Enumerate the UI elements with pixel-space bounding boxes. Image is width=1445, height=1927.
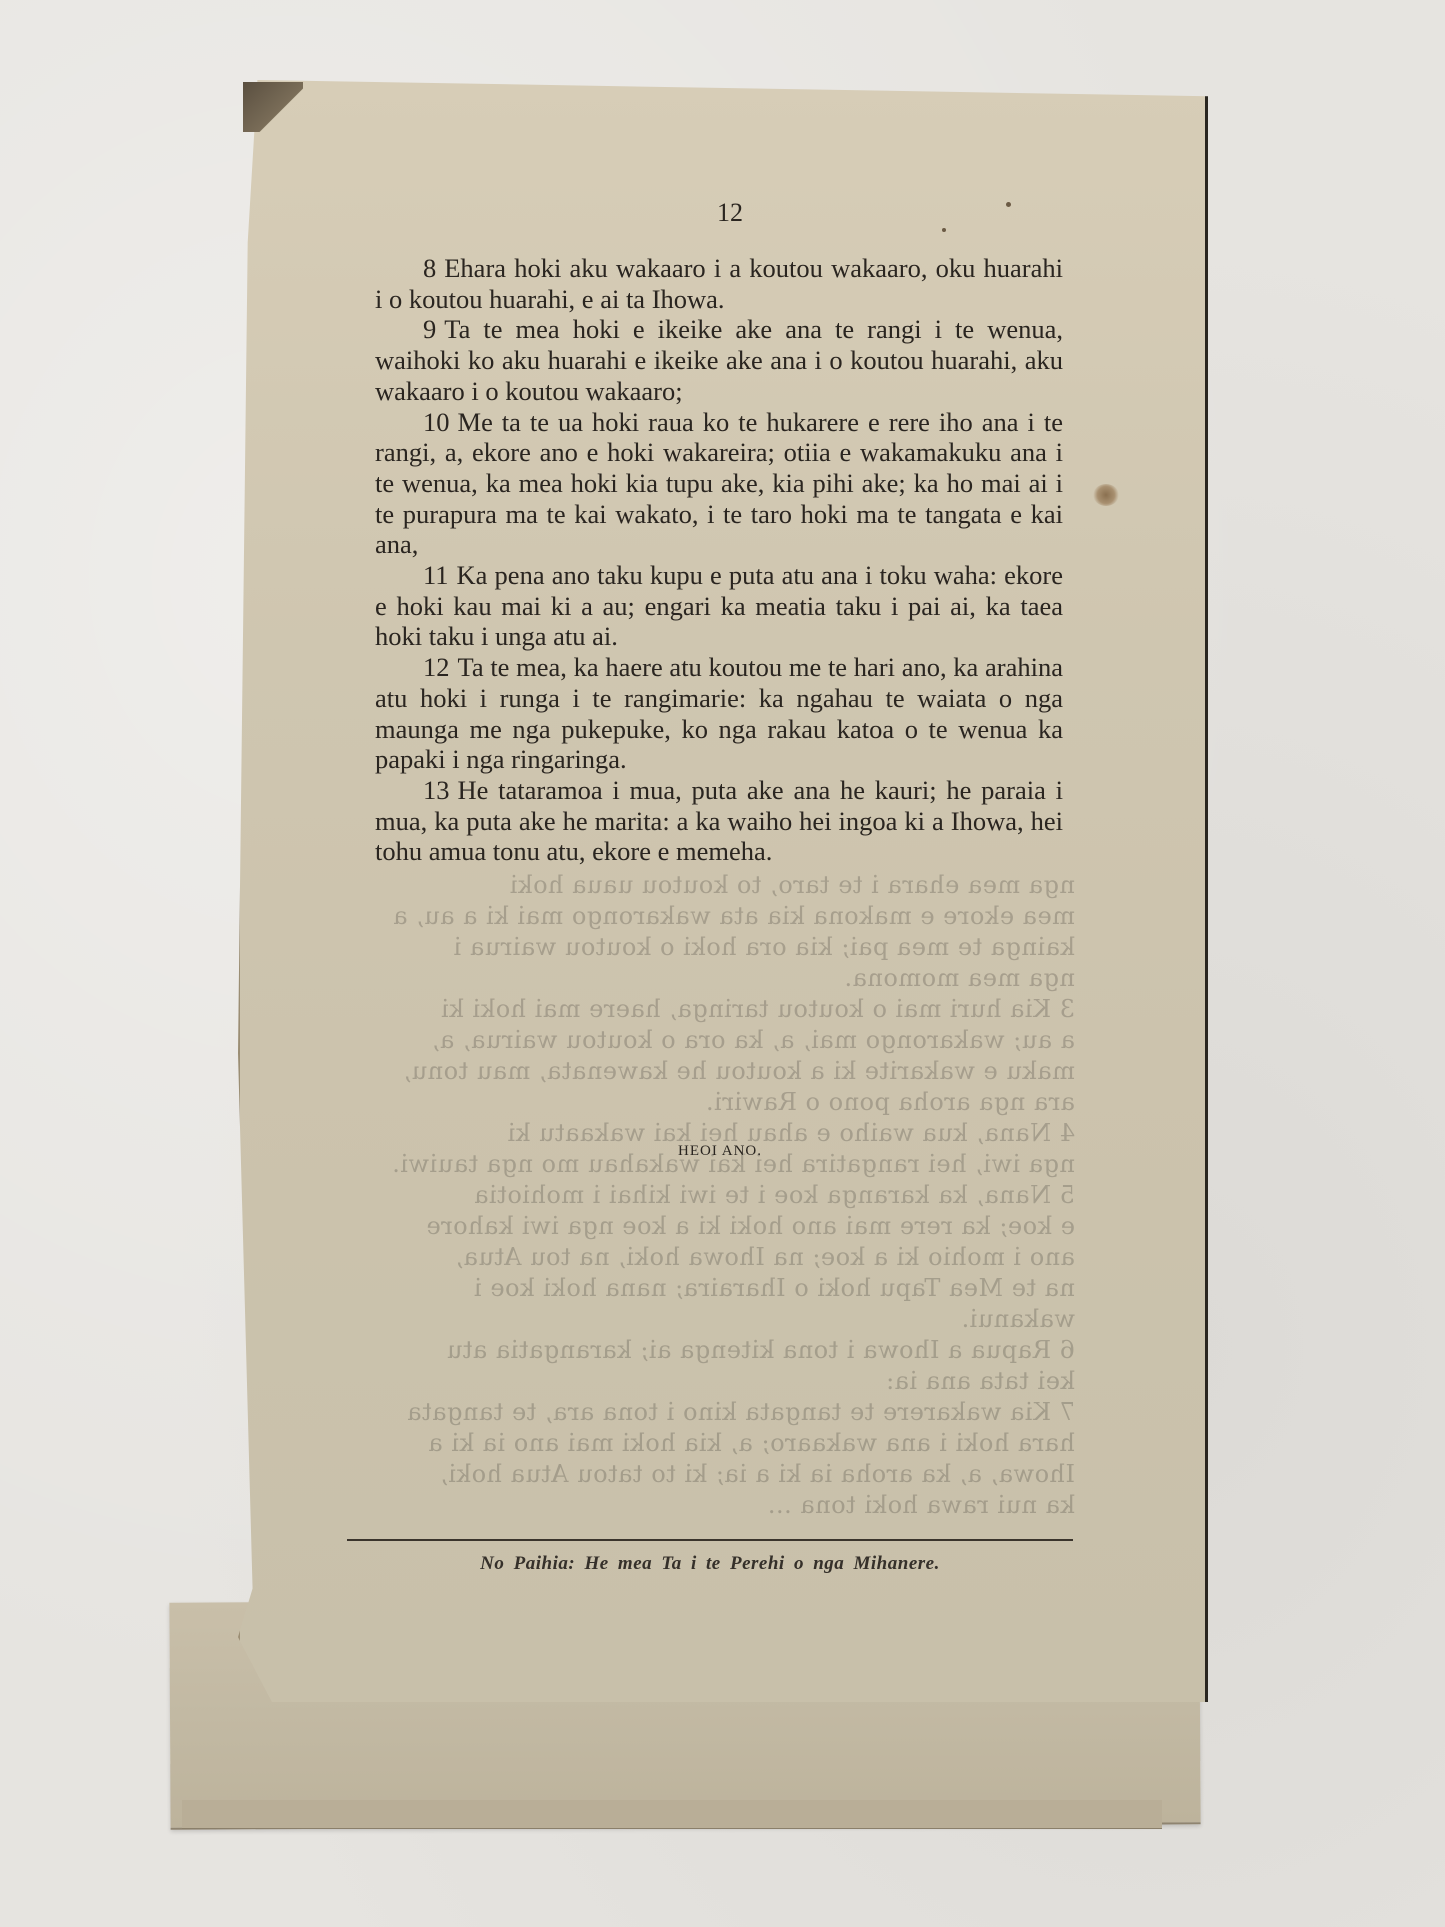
verse-number: 9 — [423, 314, 436, 344]
verse-body: 8Ehara hoki aku wakaaro i a koutou wakaa… — [375, 253, 1063, 867]
verse-12: 12Ta te mea, ka haere atu koutou me te h… — [375, 652, 1063, 775]
verse-number: 11 — [423, 560, 449, 590]
paper-speck — [1006, 202, 1011, 207]
page-number: 12 — [700, 198, 760, 228]
verse-text: He tataramoa i mua, puta ake ana he kaur… — [375, 775, 1063, 866]
verse-number: 10 — [423, 407, 450, 437]
closing-heading: HEOI ANO. — [375, 1143, 1065, 1160]
printer-imprint: No Paihia: He mea Ta i te Perehi o nga M… — [347, 1553, 1073, 1575]
verse-text: Ehara hoki aku wakaaro i a koutou wakaar… — [375, 253, 1063, 314]
verse-text: Ta te mea, ka haere atu koutou me te har… — [375, 652, 1063, 774]
verse-text: Ka pena ano taku kupu e puta atu ana i t… — [375, 560, 1063, 651]
verse-8: 8Ehara hoki aku wakaaro i a koutou wakaa… — [375, 253, 1063, 314]
imprint-rule — [347, 1539, 1073, 1541]
paper-stain — [1093, 484, 1119, 506]
verse-text: Me ta te ua hoki raua ko te hukarere e r… — [375, 407, 1063, 560]
verse-number: 12 — [423, 652, 450, 682]
verse-number: 13 — [423, 775, 450, 805]
verse-number: 8 — [423, 253, 436, 283]
verse-9: 9Ta te mea hoki e ikeike ake ana te rang… — [375, 314, 1063, 406]
verse-text: Ta te mea hoki e ikeike ake ana te rangi… — [375, 314, 1063, 405]
underlying-sheet-edge — [182, 1800, 1162, 1829]
verse-13: 13He tataramoa i mua, puta ake ana he ka… — [375, 775, 1063, 867]
folded-corner — [243, 82, 303, 132]
paper-speck — [942, 228, 946, 232]
verse-10: 10Me ta te ua hoki raua ko te hukarere e… — [375, 407, 1063, 561]
verse-11: 11Ka pena ano taku kupu e puta atu ana i… — [375, 560, 1063, 652]
